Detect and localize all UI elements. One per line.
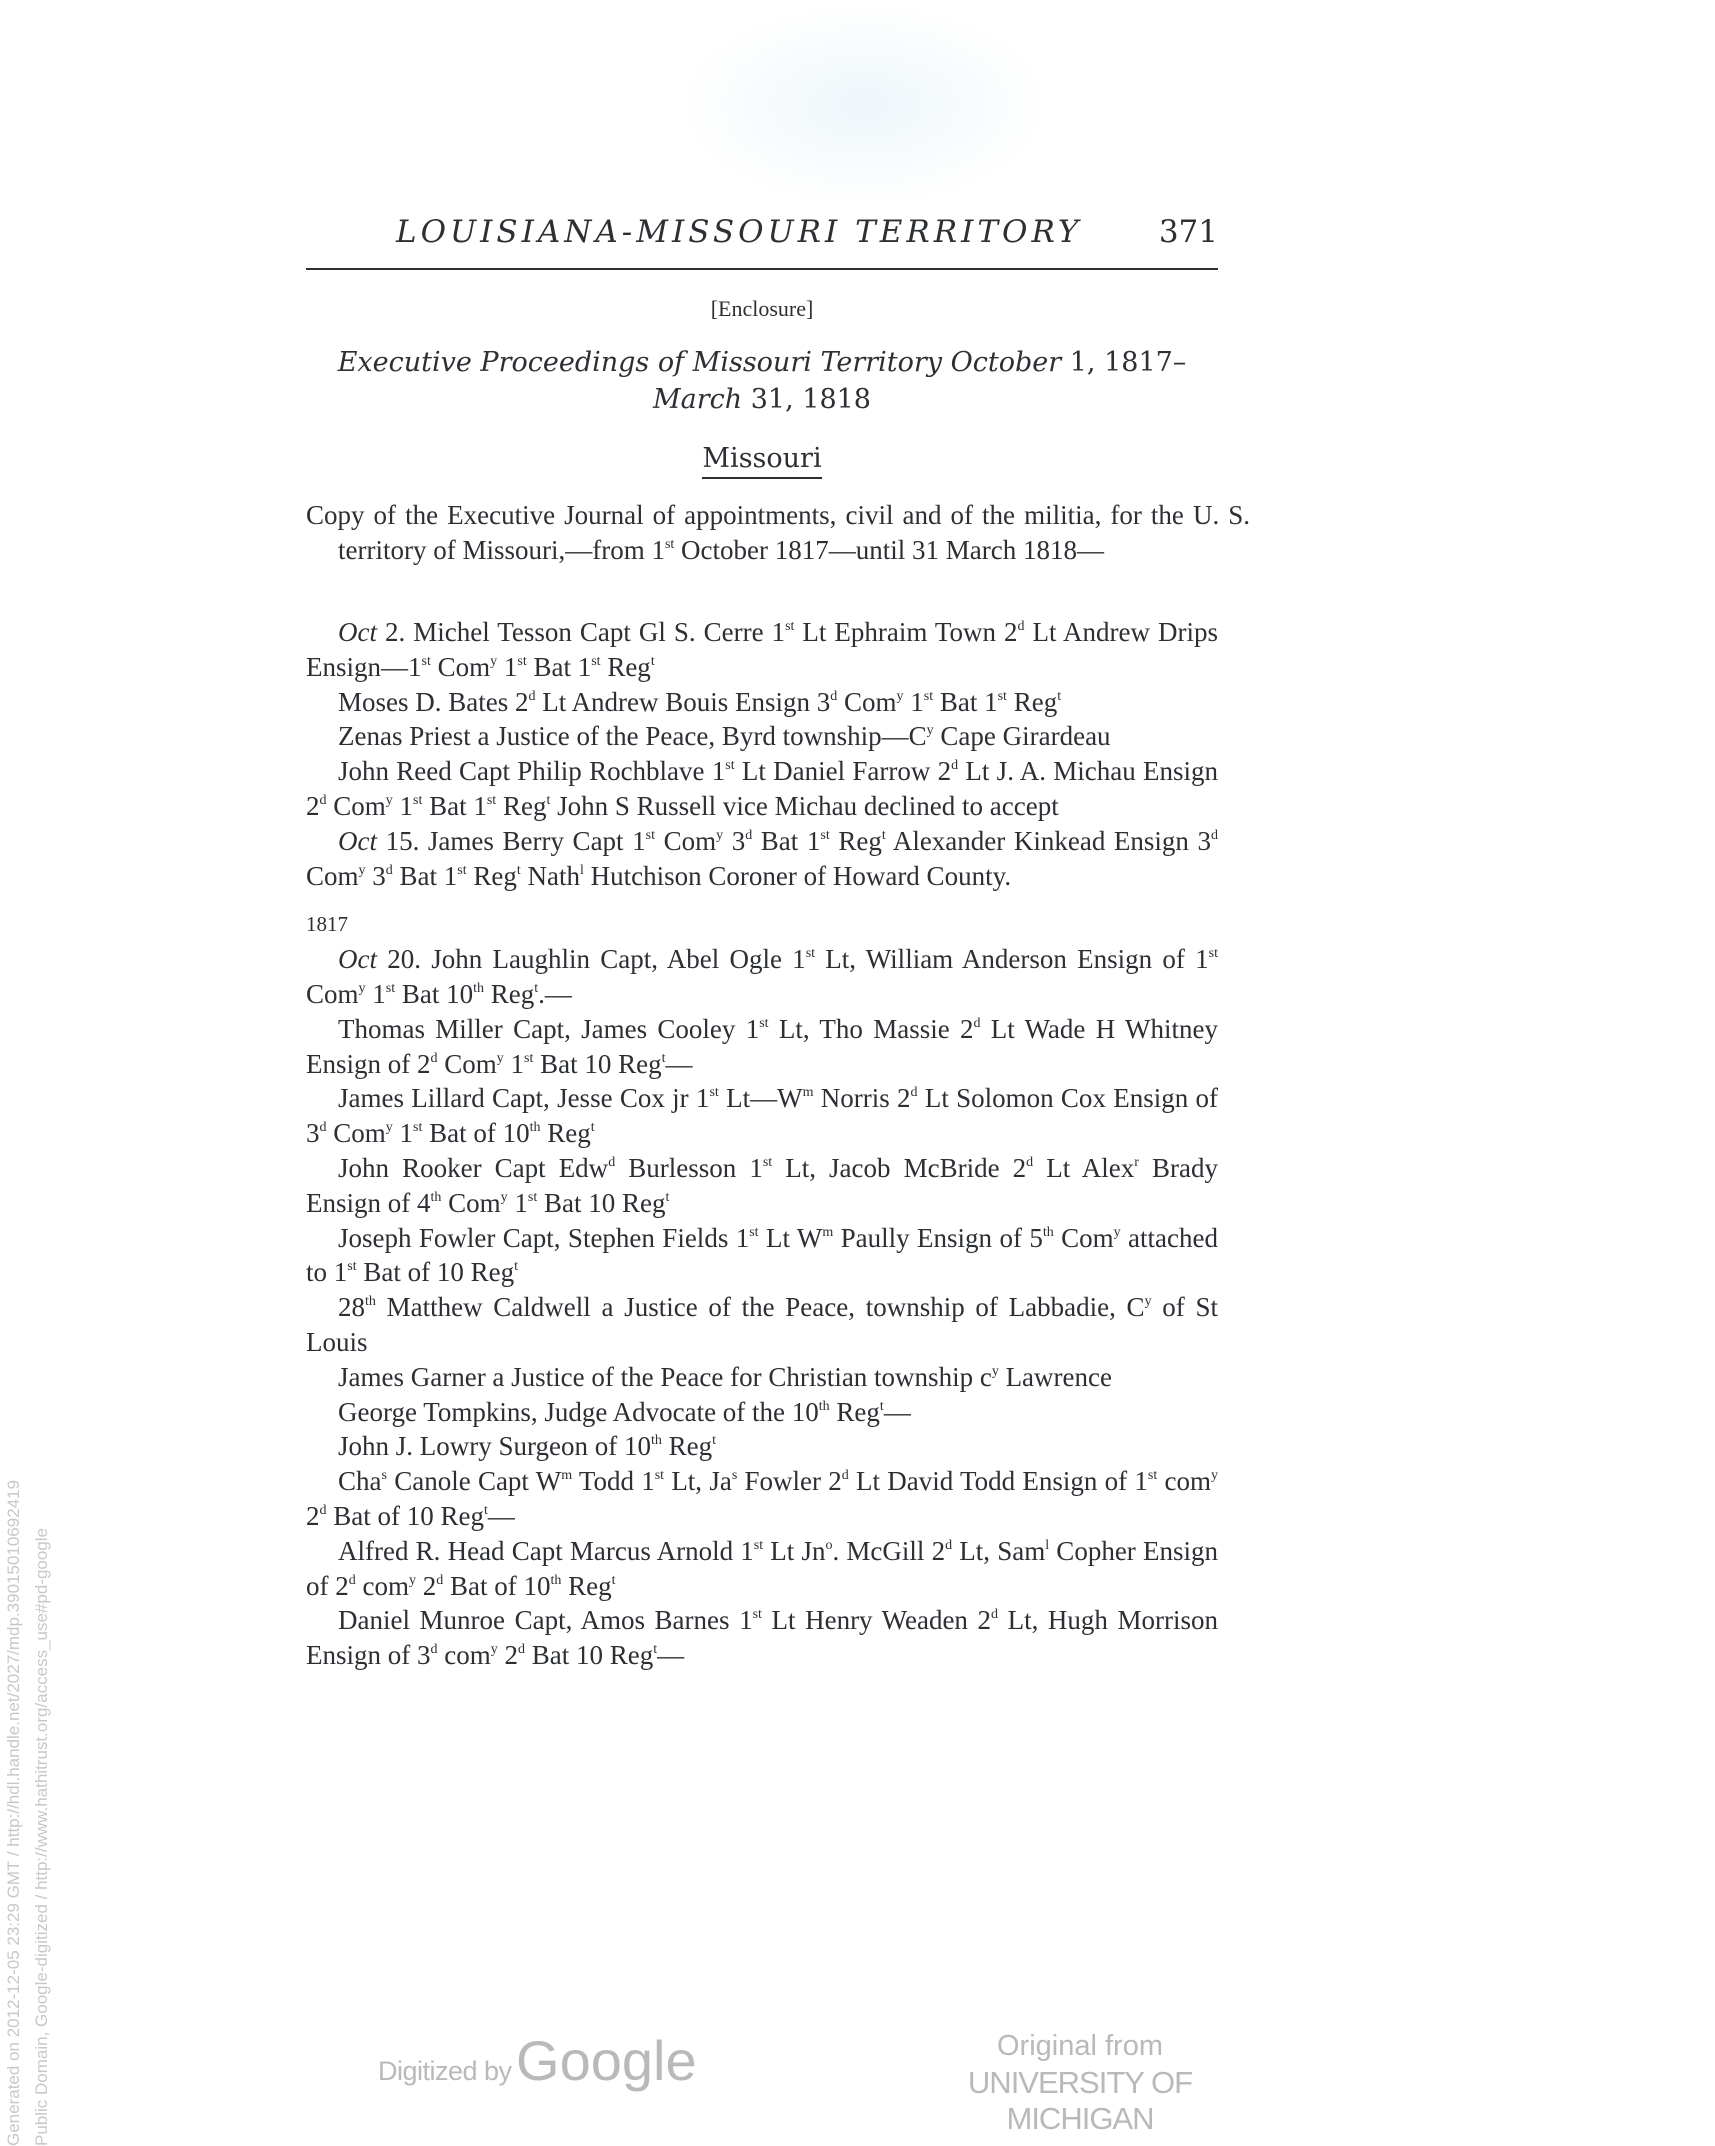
enclosure-label: [Enclosure] (306, 296, 1218, 322)
title-plain-1: 1, 1817– (1061, 347, 1186, 378)
journal-entry: Moses D. Bates 2d Lt Andrew Bouis Ensign… (306, 685, 1218, 720)
title-italic-1: Executive Proceedings of Missouri Territ… (338, 347, 1061, 378)
running-head-title: LOUISIANA-MISSOURI TERRITORY (396, 214, 1082, 250)
section-heading-text: Missouri (702, 443, 821, 479)
journal-entry: John Reed Capt Philip Rochblave 1st Lt D… (306, 754, 1218, 824)
journal-entry: 28th Matthew Caldwell a Justice of the P… (306, 1290, 1218, 1360)
header-rule (306, 268, 1218, 270)
digitized-prefix: Digitized by (378, 2056, 512, 2086)
journal-entry: George Tompkins, Judge Advocate of the 1… (306, 1395, 1218, 1430)
journal-entry: Thomas Miller Capt, James Cooley 1st Lt,… (306, 1012, 1218, 1082)
journal-entry: Zenas Priest a Justice of the Peace, Byr… (306, 719, 1218, 754)
journal-entry: Oct 15. James Berry Capt 1st Comy 3d Bat… (306, 824, 1218, 894)
journal-entry: James Lillard Capt, Jesse Cox jr 1st Lt—… (306, 1081, 1218, 1151)
journal-entry: Daniel Munroe Capt, Amos Barnes 1st Lt H… (306, 1603, 1218, 1673)
journal-entry: Oct 2. Michel Tesson Capt Gl S. Cerre 1s… (306, 615, 1218, 685)
journal-entry: Alfred R. Head Capt Marcus Arnold 1st Lt… (306, 1534, 1218, 1604)
journal-entries: Oct 2. Michel Tesson Capt Gl S. Cerre 1s… (306, 615, 1218, 1673)
original-from-watermark: Original from UNIVERSITY OF MICHIGAN (900, 2030, 1260, 2137)
intro-paragraph: Copy of the Executive Journal of appoint… (306, 498, 1250, 568)
journal-entry: Joseph Fowler Capt, Stephen Fields 1st L… (306, 1221, 1218, 1291)
google-logo: Google (516, 2029, 697, 2092)
journal-entry: Oct 20. John Laughlin Capt, Abel Ogle 1s… (306, 942, 1218, 1012)
section-heading: Missouri (306, 443, 1218, 474)
running-head: LOUISIANA-MISSOURI TERRITORY 371 (306, 210, 1218, 254)
year-label: 1817 (306, 907, 1218, 942)
institution-name: UNIVERSITY OF MICHIGAN (900, 2065, 1260, 2137)
title-italic-2: March (653, 384, 742, 415)
title-plain-2: 31, 1818 (742, 384, 871, 415)
side-watermark-line1: Generated on 2012-12-05 23:29 GMT / http… (0, 1246, 28, 2146)
scan-smudge (690, 10, 1040, 200)
side-watermark-line2: Public Domain, Google-digitized / http:/… (28, 1246, 56, 2146)
journal-entry: Chas Canole Capt Wm Todd 1st Lt, Jas Fow… (306, 1464, 1218, 1534)
original-from-label: Original from (900, 2030, 1260, 2063)
document-title: Executive Proceedings of Missouri Territ… (306, 344, 1218, 418)
side-watermark: Generated on 2012-12-05 23:29 GMT / http… (0, 1246, 56, 2146)
journal-entry: John J. Lowry Surgeon of 10th Regt (306, 1429, 1218, 1464)
digitized-by-google-watermark: Digitized by Google (378, 2028, 697, 2093)
journal-entry: James Garner a Justice of the Peace for … (306, 1360, 1218, 1395)
journal-entry: John Rooker Capt Edwd Burlesson 1st Lt, … (306, 1151, 1218, 1221)
page-number: 371 (1159, 214, 1218, 250)
